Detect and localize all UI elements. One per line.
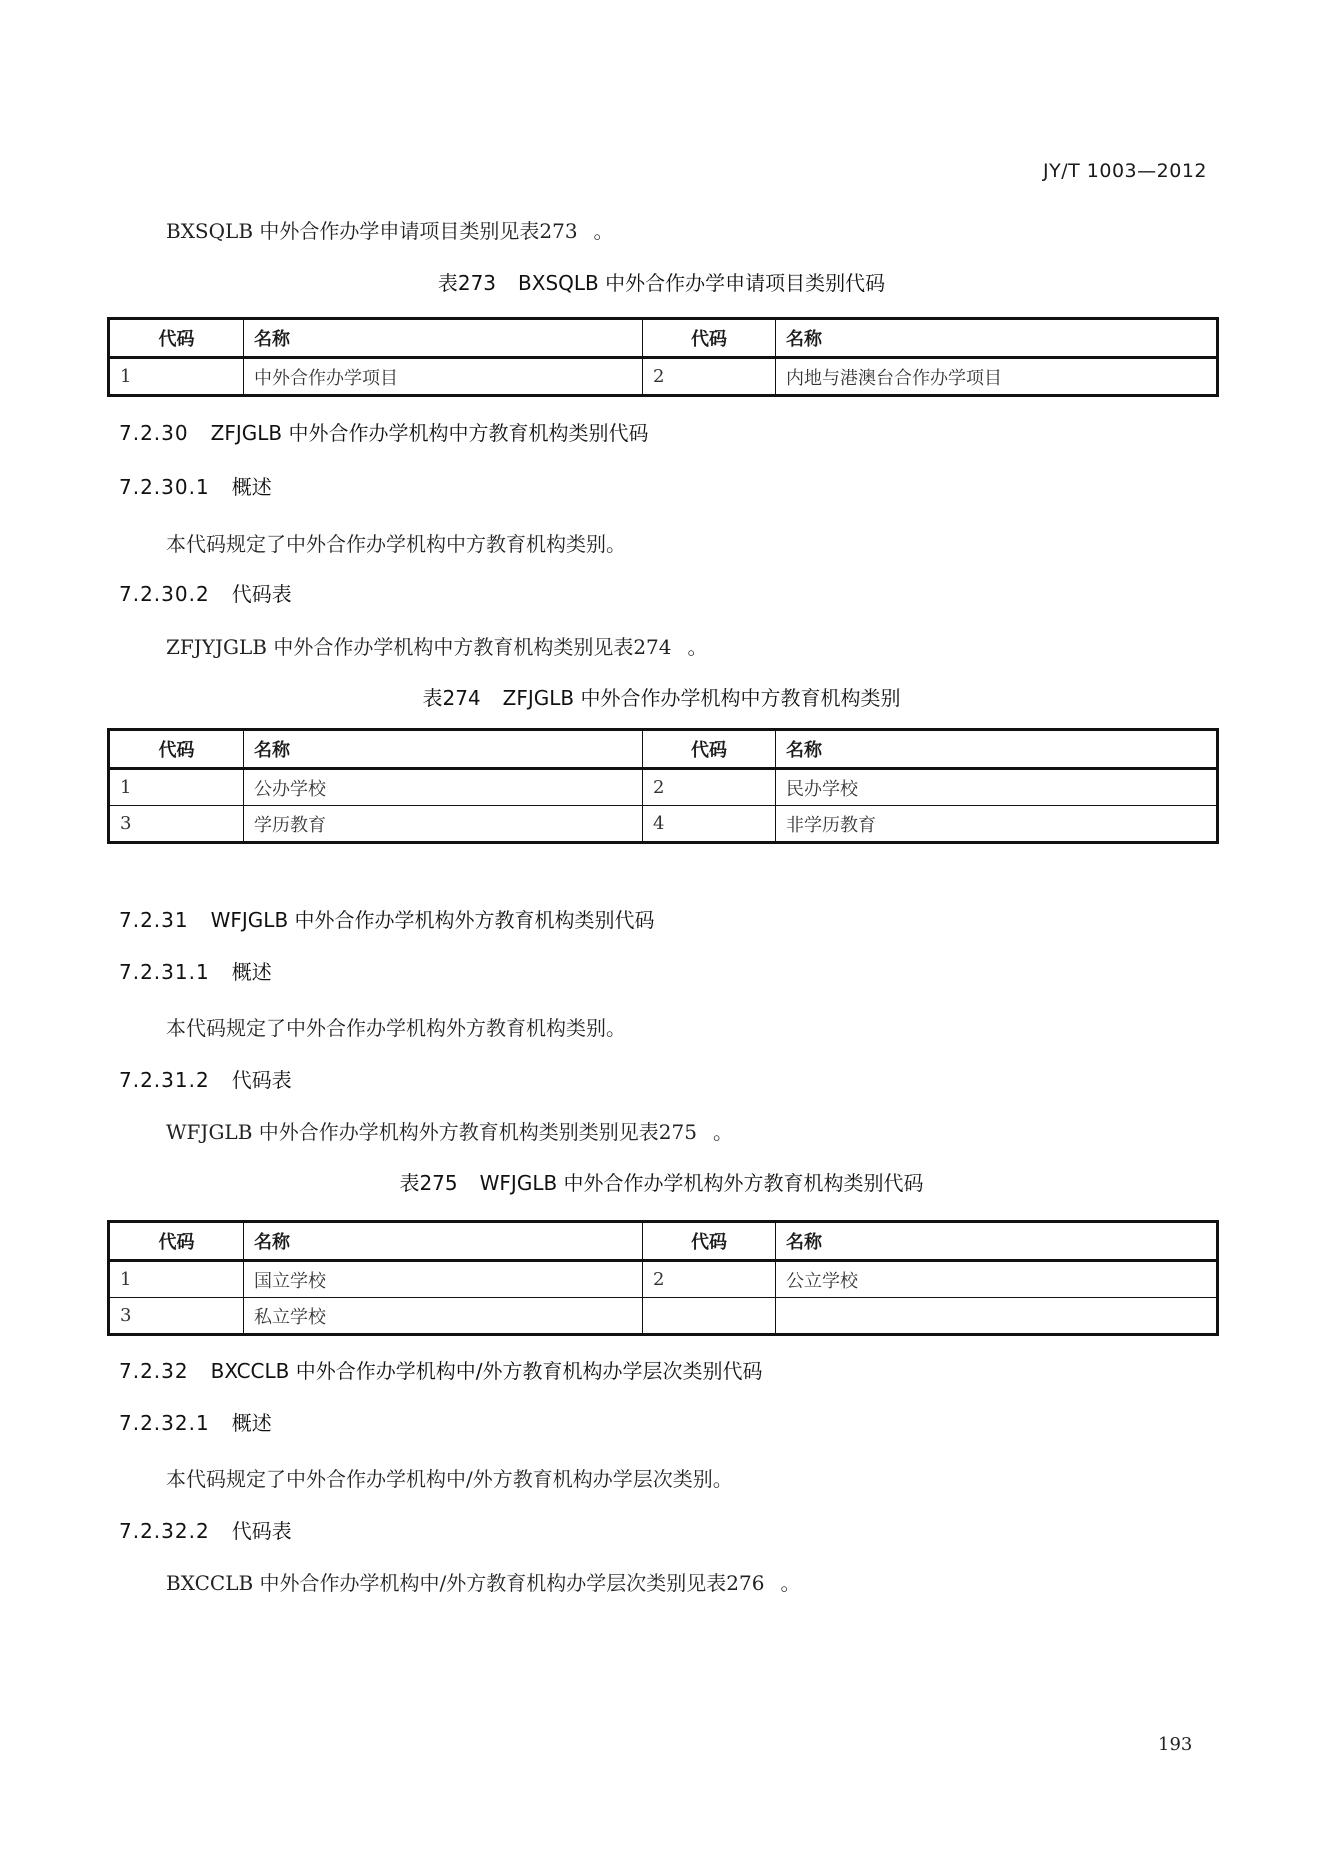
section-title: ZFJGLB 中外合作办学机构中方教育机构类别代码: [211, 421, 649, 445]
section-number: 7.2.30.2: [119, 584, 210, 604]
code-cell: 2: [643, 1261, 776, 1298]
reference-text: BXSQLB 中外合作办学申请项目类别见表273: [166, 219, 578, 243]
reference-text: BXCCLB 中外合作办学机构中/外方教育机构办学层次类别见表276: [166, 1571, 764, 1595]
column-header-name: 名称: [244, 1222, 643, 1261]
column-header-name: 名称: [244, 319, 643, 358]
code-cell: 2: [643, 769, 776, 806]
reference-period: 。: [688, 635, 708, 659]
table-row: 3 私立学校: [109, 1298, 1218, 1335]
name-cell: [776, 1298, 1218, 1335]
table-title: BXSQLB 中外合作办学申请项目类别代码: [518, 271, 885, 295]
table-number: 表273: [438, 271, 496, 295]
table-title: ZFJGLB 中外合作办学机构中方教育机构类别: [503, 686, 901, 710]
section-title: 概述: [232, 960, 272, 984]
section-heading-7-2-32-1: 7.2.32.1概述: [119, 1413, 272, 1433]
code-cell: 1: [109, 769, 244, 806]
reference-text: ZFJYJGLB 中外合作办学机构中方教育机构类别见表274: [166, 635, 672, 659]
name-cell: 学历教育: [244, 806, 643, 843]
section-number: 7.2.31.2: [119, 1070, 210, 1090]
section-heading-7-2-32: 7.2.32BXCCLB 中外合作办学机构中/外方教育机构办学层次类别代码: [119, 1361, 762, 1381]
column-header-name: 名称: [776, 1222, 1218, 1261]
column-header-code: 代码: [109, 1222, 244, 1261]
section-title: BXCCLB 中外合作办学机构中/外方教育机构办学层次类别代码: [211, 1359, 763, 1383]
table-274: 代码 名称 代码 名称 1 公办学校 2 民办学校 3 学历教育 4 非学历教育: [107, 728, 1219, 844]
section-title: 代码表: [232, 582, 292, 606]
section-number: 7.2.30.1: [119, 477, 210, 497]
column-header-name: 名称: [244, 730, 643, 769]
table-header-row: 代码 名称 代码 名称: [109, 319, 1218, 358]
code-cell: 2: [643, 358, 776, 396]
overview-text: 本代码规定了中外合作办学机构中/外方教育机构办学层次类别。: [166, 1469, 733, 1489]
code-cell: 1: [109, 1261, 244, 1298]
column-header-code: 代码: [109, 730, 244, 769]
section-number: 7.2.31.1: [119, 962, 210, 982]
table-275-reference: WFJGLB 中外合作办学机构外方教育机构类别类别见表275。: [166, 1122, 733, 1142]
name-cell: 公立学校: [776, 1261, 1218, 1298]
section-heading-7-2-32-2: 7.2.32.2代码表: [119, 1521, 292, 1541]
name-cell: 中外合作办学项目: [244, 358, 643, 396]
reference-text: WFJGLB 中外合作办学机构外方教育机构类别类别见表275: [166, 1120, 697, 1144]
section-title: 概述: [232, 475, 272, 499]
code-cell: 3: [109, 1298, 244, 1335]
section-title: WFJGLB 中外合作办学机构外方教育机构类别代码: [211, 908, 655, 932]
name-cell: 国立学校: [244, 1261, 643, 1298]
name-cell: 公办学校: [244, 769, 643, 806]
column-header-code: 代码: [643, 730, 776, 769]
table-row: 1 中外合作办学项目 2 内地与港澳台合作办学项目: [109, 358, 1218, 396]
code-cell: 4: [643, 806, 776, 843]
table-number: 表275: [399, 1171, 457, 1195]
section-heading-7-2-30: 7.2.30ZFJGLB 中外合作办学机构中方教育机构类别代码: [119, 423, 648, 443]
section-number: 7.2.30: [119, 423, 189, 443]
section-number: 7.2.31: [119, 910, 189, 930]
section-number: 7.2.32.1: [119, 1413, 210, 1433]
section-heading-7-2-31-2: 7.2.31.2代码表: [119, 1070, 292, 1090]
column-header-code: 代码: [643, 319, 776, 358]
section-title: 概述: [232, 1411, 272, 1435]
column-header-code: 代码: [643, 1222, 776, 1261]
section-number: 7.2.32: [119, 1361, 189, 1381]
page-number: 193: [1158, 1736, 1192, 1754]
reference-period: 。: [780, 1571, 800, 1595]
table-row: 1 国立学校 2 公立学校: [109, 1261, 1218, 1298]
table-number: 表274: [422, 686, 480, 710]
table-275-caption: 表275WFJGLB 中外合作办学机构外方教育机构类别代码: [0, 1173, 1323, 1193]
table-275: 代码 名称 代码 名称 1 国立学校 2 公立学校 3 私立学校: [107, 1220, 1219, 1336]
table-273-reference: BXSQLB 中外合作办学申请项目类别见表273。: [166, 221, 614, 241]
name-cell: 私立学校: [244, 1298, 643, 1335]
section-heading-7-2-31-1: 7.2.31.1概述: [119, 962, 272, 982]
name-cell: 内地与港澳台合作办学项目: [776, 358, 1218, 396]
section-title: 代码表: [232, 1068, 292, 1092]
section-heading-7-2-30-1: 7.2.30.1概述: [119, 477, 272, 497]
section-number: 7.2.32.2: [119, 1521, 210, 1541]
standard-number: JY/T 1003—2012: [1043, 162, 1207, 181]
table-274-caption: 表274ZFJGLB 中外合作办学机构中方教育机构类别: [0, 688, 1323, 708]
code-cell: 1: [109, 358, 244, 396]
table-header-row: 代码 名称 代码 名称: [109, 730, 1218, 769]
table-273-caption: 表273BXSQLB 中外合作办学申请项目类别代码: [0, 273, 1323, 293]
table-276-reference: BXCCLB 中外合作办学机构中/外方教育机构办学层次类别见表276。: [166, 1573, 800, 1593]
code-cell: [643, 1298, 776, 1335]
table-row: 3 学历教育 4 非学历教育: [109, 806, 1218, 843]
table-row: 1 公办学校 2 民办学校: [109, 769, 1218, 806]
reference-period: 。: [594, 219, 614, 243]
section-title: 代码表: [232, 1519, 292, 1543]
overview-text: 本代码规定了中外合作办学机构外方教育机构类别。: [166, 1018, 626, 1038]
column-header-code: 代码: [109, 319, 244, 358]
name-cell: 非学历教育: [776, 806, 1218, 843]
column-header-name: 名称: [776, 319, 1218, 358]
name-cell: 民办学校: [776, 769, 1218, 806]
table-header-row: 代码 名称 代码 名称: [109, 1222, 1218, 1261]
reference-period: 。: [713, 1120, 733, 1144]
table-274-reference: ZFJYJGLB 中外合作办学机构中方教育机构类别见表274。: [166, 637, 708, 657]
section-heading-7-2-31: 7.2.31WFJGLB 中外合作办学机构外方教育机构类别代码: [119, 910, 655, 930]
table-273: 代码 名称 代码 名称 1 中外合作办学项目 2 内地与港澳台合作办学项目: [107, 317, 1219, 397]
code-cell: 3: [109, 806, 244, 843]
column-header-name: 名称: [776, 730, 1218, 769]
table-title: WFJGLB 中外合作办学机构外方教育机构类别代码: [480, 1171, 924, 1195]
section-heading-7-2-30-2: 7.2.30.2代码表: [119, 584, 292, 604]
overview-text: 本代码规定了中外合作办学机构中方教育机构类别。: [166, 534, 626, 554]
